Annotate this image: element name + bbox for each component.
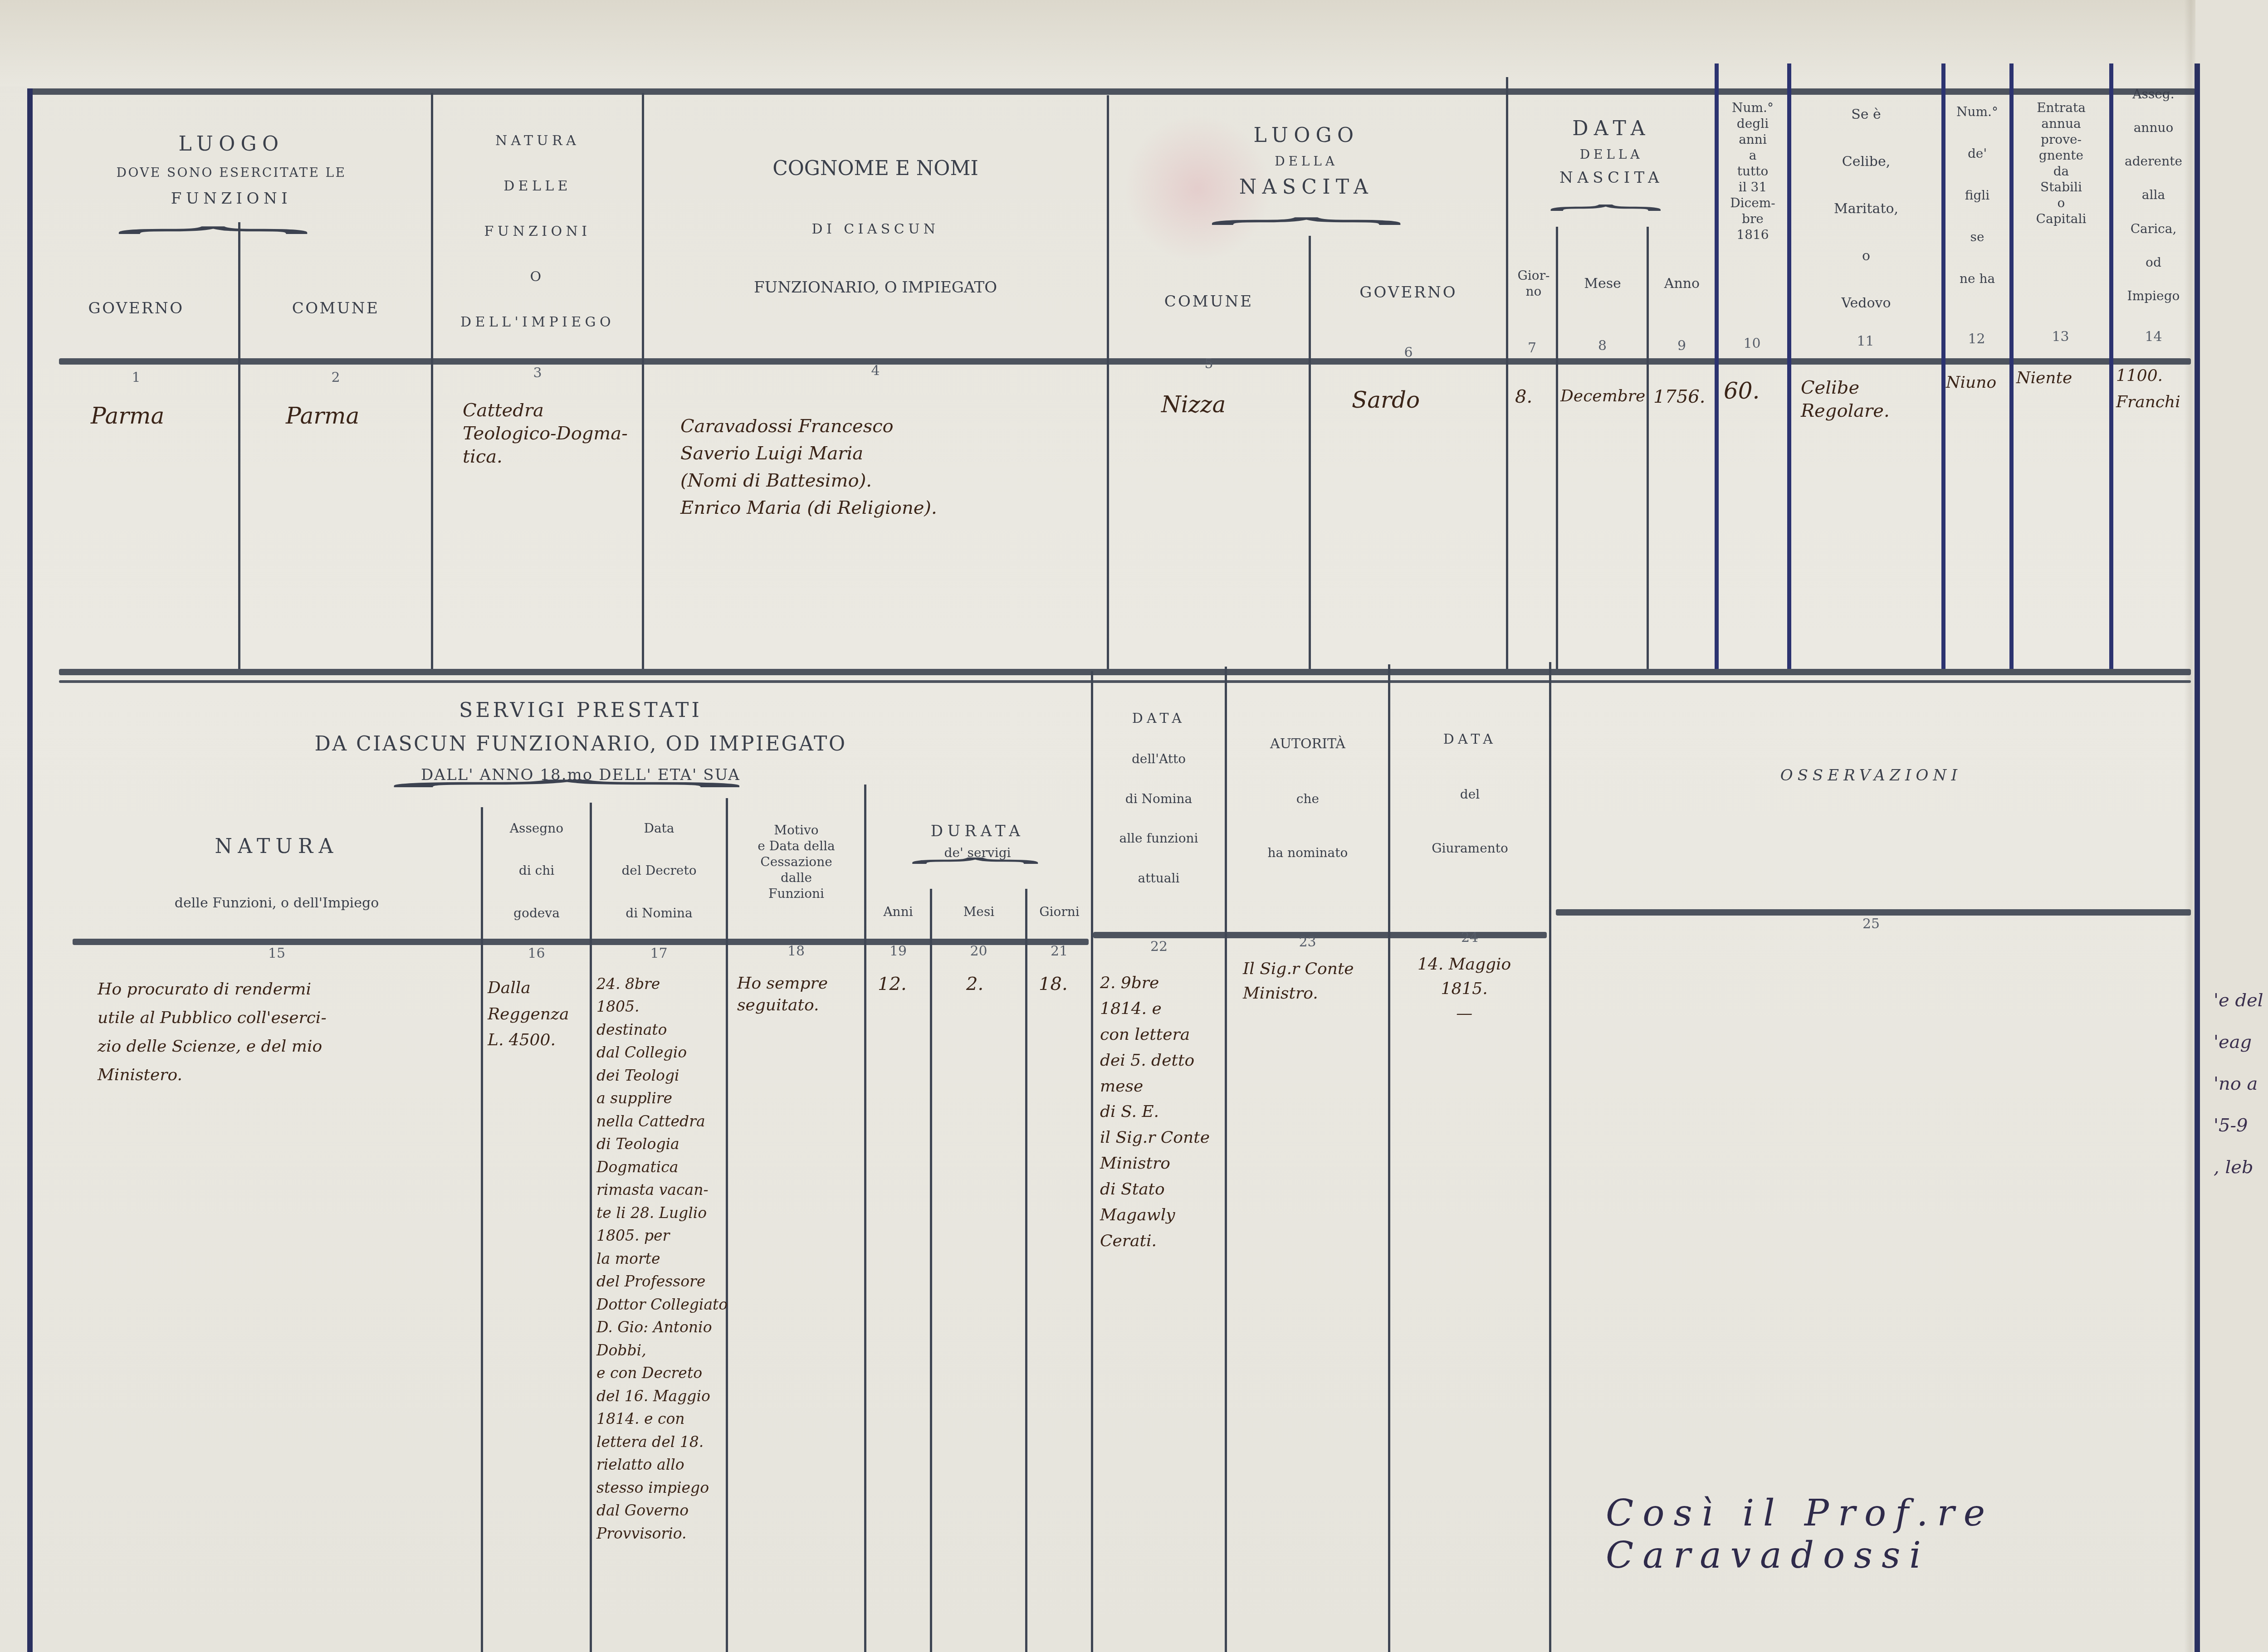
entry-motivo-cessazione: Ho sempre seguitato.	[737, 973, 828, 1016]
header-text: LUOGO	[1254, 124, 1359, 147]
header-text: NATURA	[215, 835, 338, 858]
header-text: FUNZIONARIO, O IMPIEGATO	[754, 278, 997, 297]
divider	[1787, 63, 1791, 669]
entry-assegno: Dalla Reggenza L. 4500.	[488, 975, 569, 1053]
divider	[2009, 63, 2014, 669]
column-number: 24	[1390, 930, 1549, 945]
header-motivo-cessazione: Motivo e Data della Cessazione dalle Fun…	[729, 803, 863, 921]
adjacent-page-margin-text: 'e del 'eag 'no a '5-9 , leb	[2214, 980, 2263, 1188]
column-number: 11	[1789, 333, 1941, 349]
entry-mese: Decembre	[1560, 385, 1645, 407]
header-text: se	[1970, 229, 1984, 245]
column-number: 18	[728, 943, 864, 959]
header-text: DATA	[1443, 731, 1497, 748]
header-text: Data	[644, 820, 674, 836]
header-text: DI CIASCUN	[812, 221, 939, 237]
column-number: 9	[1649, 338, 1715, 354]
header-text: Carica,	[2131, 221, 2177, 237]
entry-giorno: 8.	[1515, 385, 1532, 409]
header-text: del	[1460, 786, 1480, 802]
upper-table-bottom-rule	[59, 669, 2191, 675]
header-text: alla	[2142, 187, 2165, 203]
column-number: 19	[866, 943, 930, 959]
header-giorni: Giorni	[1029, 896, 1090, 927]
divider	[1388, 664, 1390, 1652]
entry-num-figli: Niuno	[1946, 372, 1996, 394]
header-text: dalle	[781, 870, 812, 886]
header-data-atto-nomina: DATA dell'Atto di Nomina alle funzioni a…	[1094, 698, 1223, 898]
entry-data-atto-nomina: 2. 9bre 1814. e con lettera dei 5. detto…	[1100, 970, 1210, 1254]
header-governo: GOVERNO	[36, 272, 236, 345]
column-number: 8	[1558, 338, 1647, 354]
page-top-edge	[0, 0, 2268, 86]
header-num-anni: Num.° degli anni a tutto il 31 Dicem- br…	[1719, 91, 1786, 354]
brace-icon: ⏞	[921, 870, 1030, 877]
header-text: aderente	[2125, 153, 2182, 169]
header-text: od	[2146, 254, 2161, 270]
header-text: di Nomina	[626, 905, 692, 921]
divider	[1107, 95, 1109, 669]
header-giorno: Gior-no	[1511, 245, 1556, 322]
header-data-giuramento: DATA del Giuramento	[1392, 712, 1548, 875]
column-number: 14	[2112, 329, 2195, 345]
header-text: da	[2053, 163, 2069, 179]
brace-icon: ⏞	[77, 239, 349, 250]
header-text: Capitali	[2036, 211, 2087, 227]
header-text: DATA	[1132, 710, 1186, 727]
header-text: Maritato,	[1834, 201, 1898, 217]
header-text: Giuramento	[1432, 840, 1508, 856]
header-text: Vedovo	[1842, 295, 1891, 311]
entry-anni: 12.	[878, 973, 907, 996]
column-number: 16	[483, 945, 590, 961]
right-border	[2195, 63, 2200, 1652]
header-text: attuali	[1138, 870, 1180, 886]
entry-natura-funzioni: Cattedra Teologico-Dogma- tica.	[463, 399, 628, 469]
signature: Così il Prof.re Caravadossi	[1606, 1492, 2268, 1576]
entry-entrata-annua: Niente	[2016, 367, 2072, 389]
header-text: dell'Atto	[1132, 751, 1186, 767]
entry-autorita: Il Sig.r Conte Ministro.	[1243, 957, 1354, 1006]
header-text: DOVE SONO ESERCITATE LE	[117, 165, 347, 180]
header-text: alle funzioni	[1119, 830, 1198, 846]
column-number: 2	[240, 370, 431, 385]
column-number: 5	[1109, 356, 1309, 372]
header-text: COGNOME E NOMI	[772, 157, 978, 180]
brace-icon: ⏞	[1170, 230, 1442, 241]
header-text: Num.°	[1956, 104, 1998, 120]
divider	[481, 807, 483, 1652]
divider	[590, 803, 592, 1652]
header-mese: Mese	[1559, 245, 1646, 322]
entry-assegno-annuo: 1100. Franchi	[2116, 363, 2180, 415]
entry-comune: Parma	[286, 401, 359, 430]
divider	[1506, 77, 1508, 669]
header-anni: Anni	[866, 896, 930, 927]
header-text: o	[2058, 195, 2065, 211]
header-text: di Nomina	[1125, 791, 1192, 807]
header-text: delle Funzioni, o dell'Impiego	[175, 895, 379, 911]
section-title-line: SERVIGI PRESTATI	[459, 699, 702, 722]
column-number: 10	[1717, 336, 1787, 351]
entry-natura-servigi: Ho procurato di rendermi utile al Pubbli…	[98, 975, 327, 1089]
header-text: 1816	[1736, 227, 1769, 243]
header-natura-servigi: NATURA delle Funzioni, o dell'Impiego	[77, 816, 476, 930]
header-text: DELL'IMPIEGO	[460, 314, 615, 330]
header-text: gnente	[2039, 147, 2083, 163]
observations-header-rule	[1556, 909, 2191, 916]
header-text: godeva	[513, 905, 560, 921]
header-anno: Anno	[1650, 245, 1714, 322]
header-text: a	[1749, 147, 1757, 163]
header-text: AUTORITÀ	[1270, 736, 1345, 753]
entry-cognome-nomi: Caravadossi Francesco Saverio Luigi Mari…	[680, 413, 937, 521]
column-number: 3	[433, 365, 642, 381]
header-text: DURATA	[931, 822, 1025, 840]
header-text: degli	[1737, 116, 1769, 132]
header-text: de'	[1968, 146, 1987, 161]
divider	[1025, 889, 1027, 1652]
entry-stato-civile: Celibe Regolare.	[1801, 376, 1890, 423]
header-assegno: Assegno di chi godeva	[484, 807, 589, 934]
header-text: e Data della	[758, 838, 835, 854]
column-number: 17	[592, 945, 726, 961]
header-comune-nascita: COMUNE	[1111, 263, 1306, 340]
divider	[2109, 63, 2113, 669]
entry-governo-nascita: Sardo	[1352, 385, 1420, 414]
header-num-figli: Num.° de' figli se ne ha	[1946, 91, 2009, 299]
entry-governo: Parma	[91, 401, 164, 430]
document-sheet: 'e del 'eag 'no a '5-9 , leb LUOGO DOVE …	[0, 0, 2268, 1652]
header-text: del Decreto	[621, 863, 696, 878]
upper-table-bottom-rule-2	[59, 680, 2191, 683]
header-governo-nascita: GOVERNO	[1311, 254, 1506, 331]
column-number: 7	[1508, 340, 1556, 356]
divider	[1225, 667, 1227, 1652]
header-text: annua	[2041, 116, 2081, 132]
header-text: annuo	[2134, 120, 2174, 136]
column-number: 4	[644, 363, 1107, 379]
header-text: DELLE	[503, 178, 572, 194]
header-text: Stabili	[2040, 179, 2082, 195]
header-data-decreto: Data del Decreto di Nomina	[593, 807, 725, 934]
header-data-nascita: DATA DELLA NASCITA	[1510, 95, 1712, 209]
section-servigi-prestati: SERVIGI PRESTATI DA CIASCUN FUNZIONARIO,…	[82, 694, 1080, 789]
section-title-line: DA CIASCUN FUNZIONARIO, OD IMPIEGATO	[314, 732, 846, 755]
header-assegno-annuo: Asseg. annuo aderente alla Carica, od Im…	[2114, 77, 2193, 313]
entry-anno: 1756.	[1653, 385, 1706, 409]
entry-giorni: 18.	[1039, 973, 1068, 996]
header-text: Num.°	[1732, 100, 1774, 116]
header-osservazioni: OSSERVAZIONI	[1554, 744, 2189, 807]
header-autorita: AUTORITÀ che ha nominato	[1228, 716, 1387, 880]
divider	[1549, 662, 1551, 1652]
header-luogo-funzioni: LUOGO DOVE SONO ESERCITATE LE FUNZIONI	[36, 118, 426, 222]
header-text: Funzioni	[768, 886, 824, 902]
header-text: Se è	[1851, 107, 1881, 122]
header-text: tutto	[1737, 163, 1769, 179]
header-mesi: Mesi	[934, 896, 1024, 927]
header-text: o	[1862, 248, 1870, 264]
header-text: FUNZIONI	[171, 190, 292, 208]
divider	[431, 93, 433, 669]
header-text: DATA	[1572, 117, 1651, 140]
header-entrata-annua: Entrata annua prove- gnente da Stabili o…	[2014, 100, 2108, 281]
header-cognome-nomi: COGNOME E NOMI DI CIASCUN FUNZIONARIO, O…	[646, 136, 1105, 317]
header-text: Entrata	[2037, 100, 2086, 116]
header-comune: COMUNE	[240, 272, 431, 345]
header-text: LUOGO	[179, 132, 284, 156]
column-number: 13	[2012, 329, 2109, 345]
header-text: di chi	[519, 863, 554, 878]
column-number: 12	[1944, 331, 2009, 347]
header-text: il 31	[1739, 179, 1767, 195]
divider	[1647, 227, 1649, 669]
divider	[1556, 227, 1558, 669]
header-natura-funzioni: NATURA DELLE FUNZIONI O DELL'IMPIEGO	[435, 118, 640, 345]
column-number: 21	[1027, 943, 1091, 959]
column-number: 25	[1551, 916, 2191, 932]
header-text: che	[1296, 791, 1319, 807]
divider	[930, 889, 932, 1652]
column-number: 15	[77, 945, 476, 961]
divider	[1941, 63, 1945, 669]
entry-data-decreto: 24. 8bre 1805. destinato dal Collegio de…	[596, 973, 728, 1545]
brace-icon: ⏞	[68, 793, 1066, 804]
entry-num-anni: 60.	[1724, 376, 1760, 405]
header-luogo-nascita: LUOGO DELLA NASCITA	[1111, 104, 1501, 218]
header-text: NASCITA	[1239, 175, 1374, 199]
header-text: O	[530, 269, 545, 285]
column-number: 20	[932, 943, 1025, 959]
header-text: Dicem-	[1730, 195, 1775, 211]
column-number: 1	[36, 370, 236, 385]
divider	[642, 93, 644, 669]
header-text: ne ha	[1960, 271, 1995, 287]
entry-data-giuramento: 14. Maggio 1815. —	[1417, 952, 1511, 1026]
adjacent-page	[2195, 0, 2268, 1652]
left-border	[27, 88, 33, 1652]
divider	[1091, 671, 1093, 1652]
header-text: ha nominato	[1268, 845, 1348, 861]
header-text: FUNZIONI	[484, 224, 591, 239]
header-text: Motivo	[774, 822, 818, 838]
header-text: DELLA	[1275, 153, 1338, 169]
header-text: Cessazione	[760, 854, 832, 870]
brace-icon: ⏞	[1558, 217, 1653, 224]
column-number: 6	[1311, 345, 1506, 361]
header-text: anni	[1739, 132, 1767, 147]
header-text: Impiego	[2127, 288, 2180, 304]
header-text: NASCITA	[1559, 169, 1663, 187]
column-number: 23	[1227, 934, 1388, 950]
header-text: DELLA	[1580, 146, 1643, 162]
entry-comune-nascita: Nizza	[1161, 390, 1226, 419]
header-text: prove-	[2041, 132, 2082, 147]
divider	[1715, 63, 1719, 669]
header-text: figli	[1965, 187, 1990, 203]
header-text: Assegno	[510, 820, 563, 836]
header-text: Asseg.	[2132, 86, 2174, 102]
header-text: NATURA	[495, 133, 580, 149]
header-stato-civile: Se è Celibe, Maritato, o Vedovo	[1792, 91, 1941, 327]
entry-mesi: 2.	[966, 973, 983, 996]
header-text: bre	[1742, 211, 1764, 227]
header-text: Celibe,	[1842, 154, 1890, 170]
column-number: 22	[1093, 939, 1225, 955]
